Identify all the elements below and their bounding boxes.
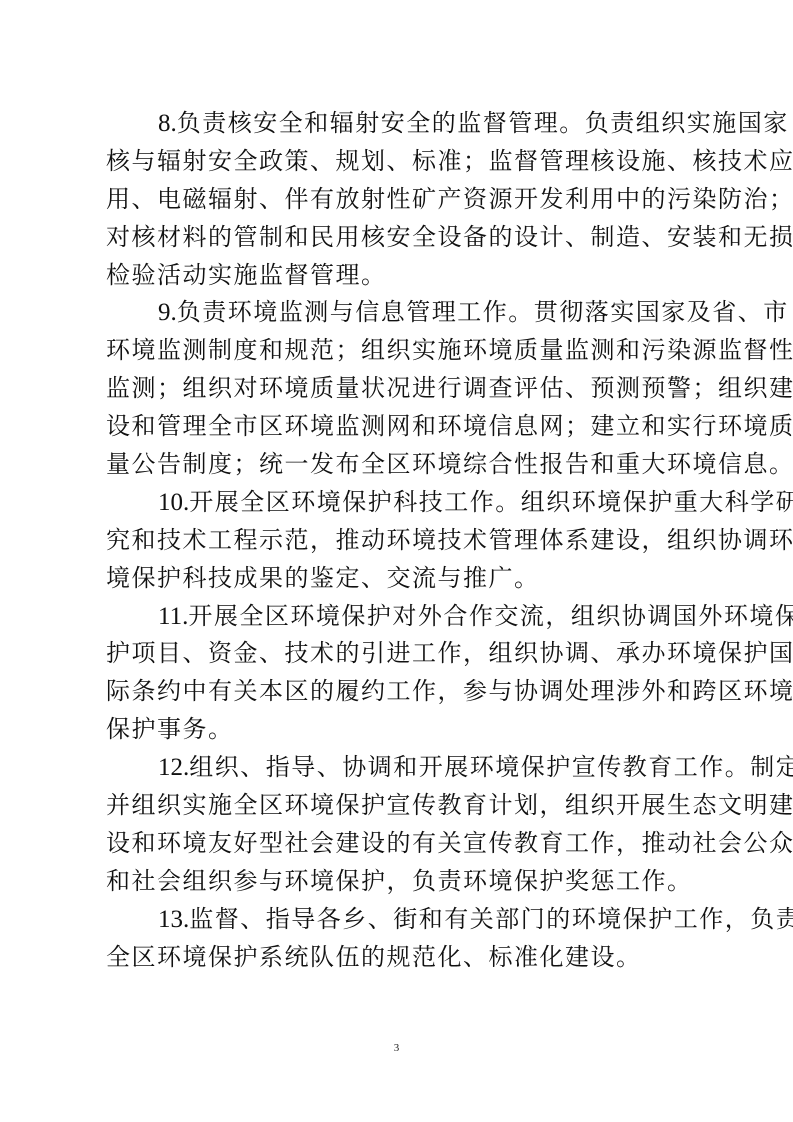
line-text: 开展全区环境保护科技工作。组织环境保护重大科学研 bbox=[189, 488, 793, 516]
item-number: 8. bbox=[158, 110, 177, 137]
paragraph-13: 13.监督、指导各乡、街和有关部门的环境保护工作，负责 全区环境保护系统队伍的规… bbox=[106, 901, 686, 977]
line-text: 负责核安全和辐射安全的监督管理。负责组织实施国家 bbox=[177, 109, 789, 137]
line-text: 组织、指导、协调和开展环境保护宣传教育工作。制定 bbox=[189, 753, 793, 781]
page-number: 3 bbox=[0, 1042, 793, 1054]
paragraph-line: 量公告制度；统一发布全区环境综合性报告和重大环境信息。 bbox=[106, 446, 686, 484]
paragraph-9: 9.负责环境监测与信息管理工作。贯彻落实国家及省、市 环境监测制度和规范；组织实… bbox=[106, 294, 686, 483]
paragraph-line: 保护事务。 bbox=[106, 711, 686, 749]
paragraph-line: 并组织实施全区环境保护宣传教育计划，组织开展生态文明建 bbox=[106, 787, 686, 825]
paragraph-line: 11.开展全区环境保护对外合作交流，组织协调国外环境保 bbox=[106, 598, 686, 636]
line-text: 开展全区环境保护对外合作交流，组织协调国外环境保 bbox=[188, 602, 793, 630]
paragraph-line: 究和技术工程示范，推动环境技术管理体系建设，组织协调环 bbox=[106, 522, 686, 560]
paragraph-line: 检验活动实施监督管理。 bbox=[106, 257, 686, 295]
item-number: 11. bbox=[158, 603, 188, 630]
line-text: 负责环境监测与信息管理工作。贯彻落实国家及省、市 bbox=[177, 298, 789, 326]
paragraph-line: 全区环境保护系统队伍的规范化、标准化建设。 bbox=[106, 939, 686, 977]
paragraph-line: 设和管理全市区环境监测网和环境信息网；建立和实行环境质 bbox=[106, 408, 686, 446]
paragraph-line: 监测；组织对环境质量状况进行调查评估、预测预警；组织建 bbox=[106, 370, 686, 408]
paragraph-10: 10.开展全区环境保护科技工作。组织环境保护重大科学研 究和技术工程示范，推动环… bbox=[106, 484, 686, 598]
paragraph-line: 环境监测制度和规范；组织实施环境质量监测和污染源监督性 bbox=[106, 332, 686, 370]
paragraph-line: 和社会组织参与环境保护，负责环境保护奖惩工作。 bbox=[106, 863, 686, 901]
paragraph-line: 设和环境友好型社会建设的有关宣传教育工作，推动社会公众 bbox=[106, 825, 686, 863]
item-number: 9. bbox=[158, 299, 177, 326]
paragraph-line: 护项目、资金、技术的引进工作，组织协调、承办环境保护国 bbox=[106, 635, 686, 673]
paragraph-11: 11.开展全区环境保护对外合作交流，组织协调国外环境保 护项目、资金、技术的引进… bbox=[106, 598, 686, 750]
paragraph-line: 8.负责核安全和辐射安全的监督管理。负责组织实施国家 bbox=[106, 105, 686, 143]
document-page: 8.负责核安全和辐射安全的监督管理。负责组织实施国家 核与辐射安全政策、规划、标… bbox=[0, 0, 793, 1122]
paragraph-line: 际条约中有关本区的履约工作，参与协调处理涉外和跨区环境 bbox=[106, 673, 686, 711]
document-body: 8.负责核安全和辐射安全的监督管理。负责组织实施国家 核与辐射安全政策、规划、标… bbox=[106, 105, 686, 976]
paragraph-line: 12.组织、指导、协调和开展环境保护宣传教育工作。制定 bbox=[106, 749, 686, 787]
paragraph-line: 10.开展全区环境保护科技工作。组织环境保护重大科学研 bbox=[106, 484, 686, 522]
paragraph-line: 9.负责环境监测与信息管理工作。贯彻落实国家及省、市 bbox=[106, 294, 686, 332]
paragraph-8: 8.负责核安全和辐射安全的监督管理。负责组织实施国家 核与辐射安全政策、规划、标… bbox=[106, 105, 686, 294]
item-number: 12. bbox=[158, 754, 189, 781]
paragraph-line: 13.监督、指导各乡、街和有关部门的环境保护工作，负责 bbox=[106, 901, 686, 939]
line-text: 监督、指导各乡、街和有关部门的环境保护工作，负责 bbox=[189, 905, 793, 933]
paragraph-line: 用、电磁辐射、伴有放射性矿产资源开发利用中的污染防治； bbox=[106, 181, 686, 219]
item-number: 10. bbox=[158, 489, 189, 516]
paragraph-line: 对核材料的管制和民用核安全设备的设计、制造、安装和无损 bbox=[106, 219, 686, 257]
item-number: 13. bbox=[158, 906, 189, 933]
paragraph-line: 境保护科技成果的鉴定、交流与推广。 bbox=[106, 560, 686, 598]
paragraph-12: 12.组织、指导、协调和开展环境保护宣传教育工作。制定 并组织实施全区环境保护宣… bbox=[106, 749, 686, 901]
paragraph-line: 核与辐射安全政策、规划、标准；监督管理核设施、核技术应 bbox=[106, 143, 686, 181]
